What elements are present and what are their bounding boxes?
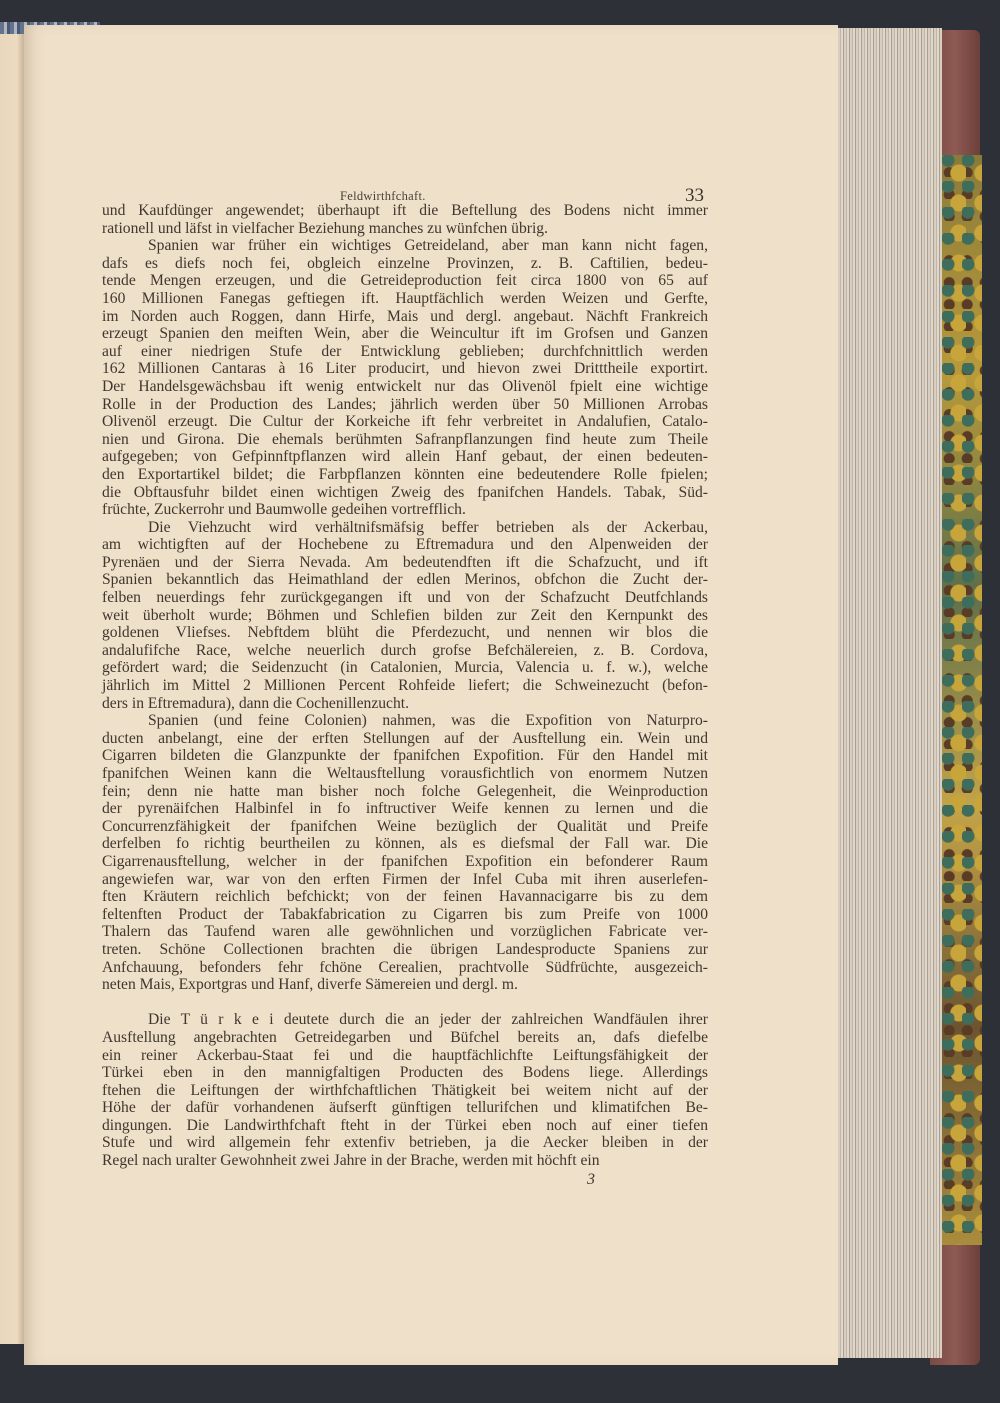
page-stack-edge [838,28,942,1358]
text-line: Anfchauung, befonders fehr fchöne Cereal… [102,959,708,977]
paragraph: Die Viehzucht wird verhältnifsmäfsig bef… [102,519,708,713]
text-line: 162 Millionen Cantaras à 16 Liter produc… [102,360,708,378]
text-line: feltenften Product der Tabakfabrication … [102,906,708,924]
text-line: goldenen Vliefses. Nebftdem blüht die Pf… [102,624,708,642]
paragraph: und Kaufdünger angewendet; überhaupt ift… [102,202,708,237]
text-line: und Kaufdünger angewendet; überhaupt ift… [102,202,708,220]
text-line: Höhe der dafür vorhandenen äufserft günf… [102,1099,708,1117]
text-line: fpanifchen Weinen kann die Weltausftellu… [102,765,708,783]
marbled-endpaper [942,155,982,1245]
text-line: 160 Millionen Fanegas geftiegen ift. Hau… [102,290,708,308]
left-page-sliver [0,34,24,1344]
text-line: Pyrenäen und der Sierra Nevada. Am bedeu… [102,554,708,572]
text-line: ducten anbelangt, eine der erften Stellu… [102,730,708,748]
text-line: ftehen die Leiftungen der wirthfchaftlic… [102,1082,708,1100]
text-line: ften Kräutern reichlich befchickt; von d… [102,888,708,906]
text-line: Olivenöl erzeugt. Die Cultur der Korkeic… [102,413,708,431]
text-line: aufgegeben; von Gefpinnftpflanzen wird a… [102,448,708,466]
text-line: am wichtigften auf der Hochebene zu Eftr… [102,536,708,554]
text-line: Spanien (und feine Colonien) nahmen, was… [102,712,708,730]
text-line: auf einer niedrigen Stufe der Entwicklun… [102,343,708,361]
text-line: angewiefen war, war von den erften Firme… [102,871,708,889]
text-line: weit überholt wurde; Böhmen und Schlefie… [102,607,708,625]
text-line: Cigarren bildeten die Glanzpunkte der fp… [102,747,708,765]
book-page: Feldwirthfchaft. 33 und Kaufdünger angew… [24,25,838,1365]
text-line: Türkei eben in den mannigfaltigen Produc… [102,1064,708,1082]
text-line: Stufe und wird allgemein fehr extenfiv b… [102,1134,708,1152]
text-line: Regel nach uralter Gewohnheit zwei Jahre… [102,1152,708,1170]
paragraph: Spanien war früher ein wichtiges Getreid… [102,237,708,519]
text-line: dafs es diefs noch fei, obgleich einzeln… [102,255,708,273]
text-line: tende Mengen erzeugen, und die Getreidep… [102,272,708,290]
text-line: ein reiner Ackerbau-Staat fei und die ha… [102,1047,708,1065]
text-line: erzeugt Spanien den meiften Wein, aber d… [102,325,708,343]
text-line: jährlich im Mittel 2 Millionen Percent R… [102,677,708,695]
text-line: derfelben fo richtig beurtheilen zu könn… [102,835,708,853]
text-line: neten Mais, Exportgras und Hanf, diverfe… [102,976,708,994]
text-line: gefördert ward; die Seidenzucht (in Cata… [102,659,708,677]
paragraph: Spanien (und feine Colonien) nahmen, was… [102,712,708,994]
text-line: die Obftausfuhr bildet einen wichtigen Z… [102,484,708,502]
text-line: Rolle in der Production des Landes; jähr… [102,396,708,414]
text-line: ders in Eftremadura), dann die Cochenill… [102,695,708,713]
text-line: Die T ü r k e i deutete durch die an jed… [102,1011,708,1029]
text-line: Spanien bekanntlich das Heimathland der … [102,571,708,589]
text-line: rationell und läfst in vielfacher Bezieh… [102,220,708,238]
text-line: Cigarrenausftellung, welcher in der fpan… [102,853,708,871]
text-line: der pyrenäifchen Halbinfel in fo inftruc… [102,800,708,818]
text-line: Die Viehzucht wird verhältnifsmäfsig bef… [102,519,708,537]
text-line: fein; denn nie hatte man bisher noch fol… [102,783,708,801]
text-line: Spanien war früher ein wichtiges Getreid… [102,237,708,255]
text-line: Der Handelsgewächsbau ift wenig entwicke… [102,378,708,396]
text-line: dingungen. Die Landwirthfchaft fteht in … [102,1117,708,1135]
text-line: Concurrenzfähigkeit der fpanifchen Weine… [102,818,708,836]
signature-mark: 3 [587,1171,595,1189]
paragraph: Die T ü r k e i deutete durch die an jed… [102,1011,708,1169]
text-line: andalufifche Race, welche neuerlich durc… [102,642,708,660]
text-line: Ausftellung angebrachten Getreidegarben … [102,1029,708,1047]
text-line: nien und Girona. Die ehemals berühmten S… [102,431,708,449]
text-line: den Exportartikel bildet; die Farbpflanz… [102,466,708,484]
text-line: früchte, Zuckerrohr und Baumwolle gedeih… [102,501,708,519]
text-line: Thalern das Taufend waren alle gewöhnlic… [102,923,708,941]
text-line: im Norden auch Roggen, dann Hirfe, Mais … [102,308,708,326]
text-line: felben neuerdings fehr zurückgegangen if… [102,589,708,607]
body-text: und Kaufdünger angewendet; überhaupt ift… [102,202,708,1170]
text-line: treten. Schöne Collectionen brachten die… [102,941,708,959]
paragraph-gap [102,994,708,1012]
